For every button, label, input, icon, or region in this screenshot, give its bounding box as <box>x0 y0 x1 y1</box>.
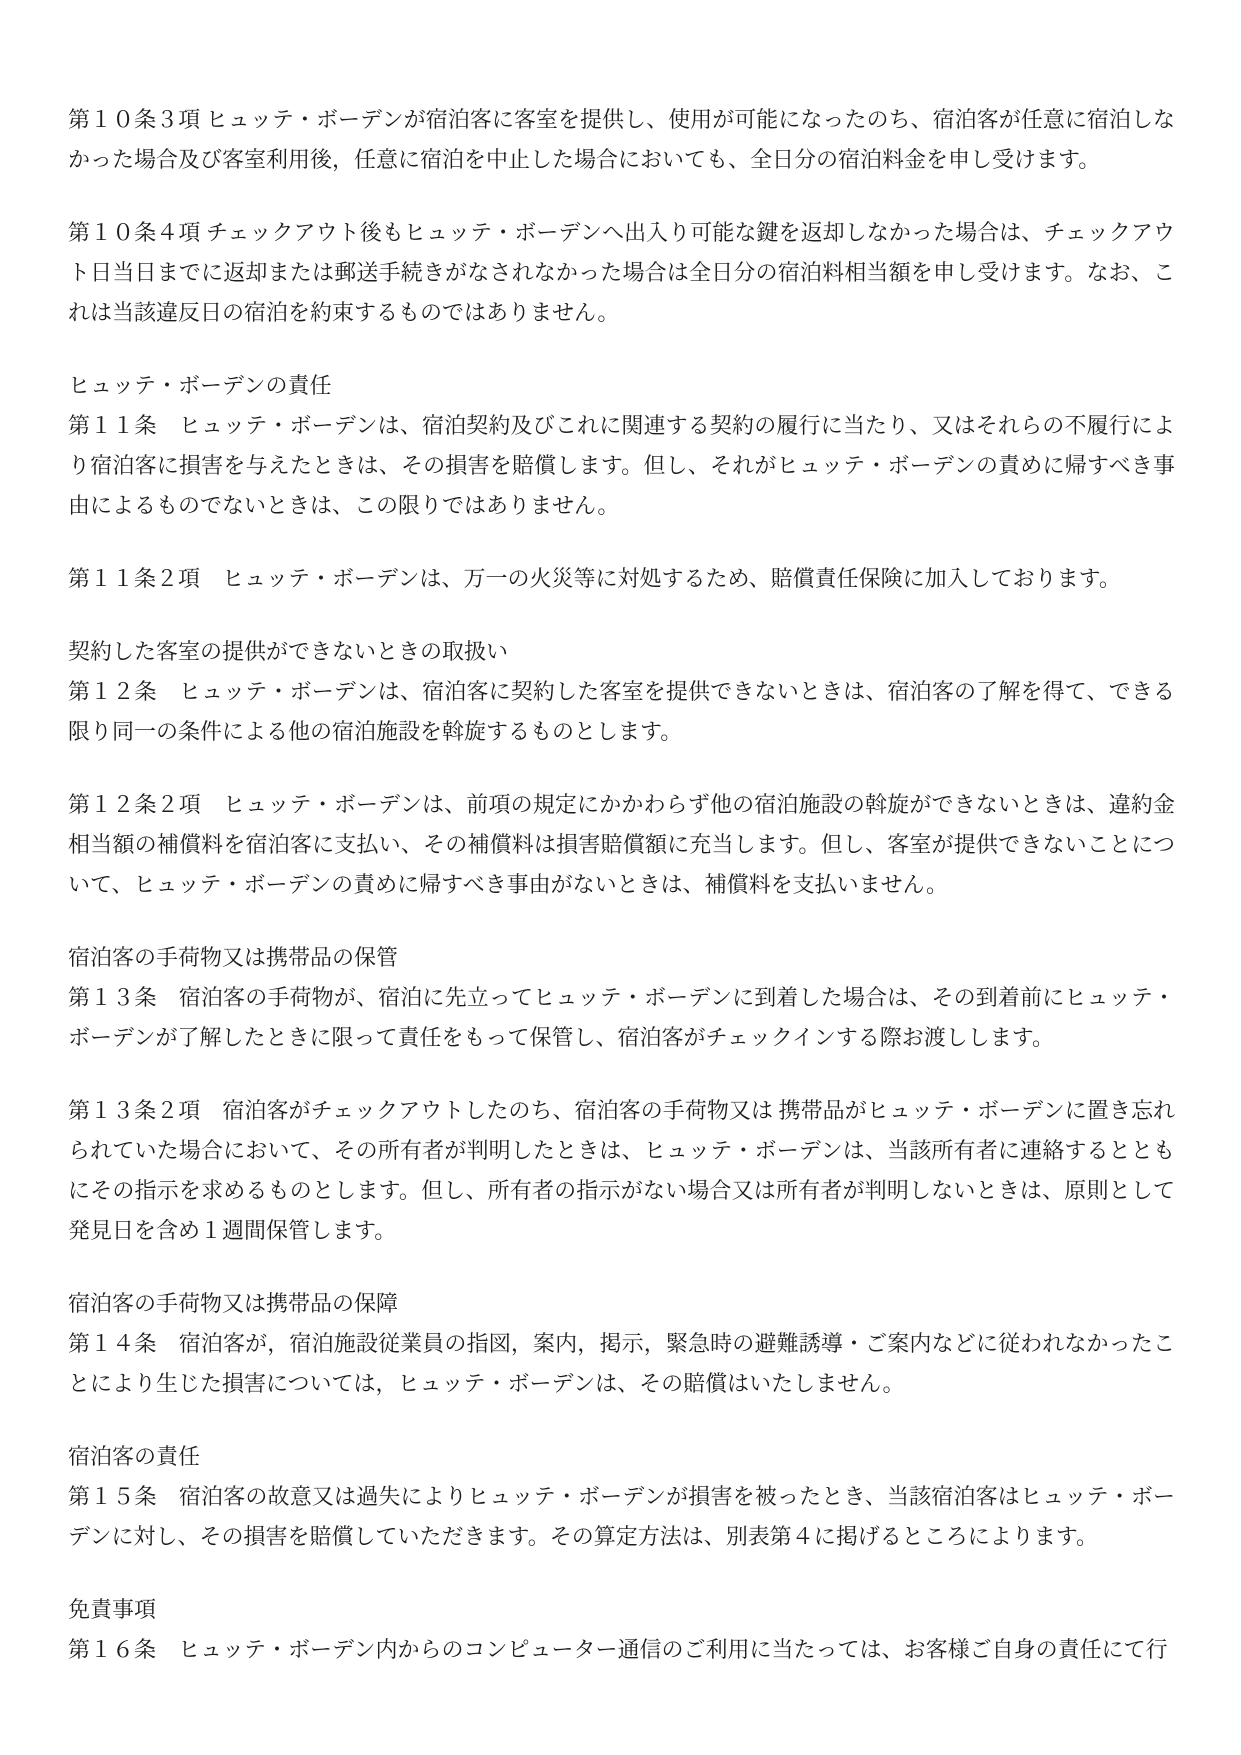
heading-disclaimer: 免責事項 <box>68 1590 1175 1630</box>
document-page: 第１０条３項 ヒュッテ・ボーデンが宿泊客に客室を提供し、使用が可能になったのち、… <box>0 0 1241 1755</box>
heading-guest-responsibility: 宿泊客の責任 <box>68 1437 1175 1477</box>
article-14: 第１４条 宿泊客が，宿泊施設従業員の指図，案内，掲示，緊急時の避難誘導・ご案内な… <box>68 1324 1175 1404</box>
article-11: 第１１条 ヒュッテ・ボーデンは、宿泊契約及びこれに関連する契約の履行に当たり、又… <box>68 406 1175 526</box>
heading-baggage-storage: 宿泊客の手荷物又は携帯品の保管 <box>68 938 1175 978</box>
article-11-2: 第１１条２項 ヒュッテ・ボーデンは、万一の火災等に対処するため、賠償責任保険に加… <box>68 559 1175 599</box>
article-10-3: 第１０条３項 ヒュッテ・ボーデンが宿泊客に客室を提供し、使用が可能になったのち、… <box>68 100 1175 180</box>
article-16: 第１６条 ヒュッテ・ボーデン内からのコンピューター通信のご利用に当たっては、お客… <box>68 1630 1175 1670</box>
article-12-2: 第１２条２項 ヒュッテ・ボーデンは、前項の規定にかかわらず他の宿泊施設の斡旋がで… <box>68 785 1175 905</box>
article-12: 第１２条 ヒュッテ・ボーデンは、宿泊客に契約した客室を提供できないときは、宿泊客… <box>68 672 1175 752</box>
article-15: 第１５条 宿泊客の故意又は過失によりヒュッテ・ボーデンが損害を被ったとき、当該宿… <box>68 1477 1175 1557</box>
terms-document-body: 第１０条３項 ヒュッテ・ボーデンが宿泊客に客室を提供し、使用が可能になったのち、… <box>0 0 1241 1670</box>
article-10-4: 第１０条４項 チェックアウト後もヒュッテ・ボーデンへ出入り可能な鍵を返却しなかっ… <box>68 213 1175 333</box>
heading-room-unavailable-handling: 契約した客室の提供ができないときの取扱い <box>68 632 1175 672</box>
article-13: 第１３条 宿泊客の手荷物が、宿泊に先立ってヒュッテ・ボーデンに到着した場合は、そ… <box>68 978 1175 1058</box>
heading-hutte-boden-responsibility: ヒュッテ・ボーデンの責任 <box>68 366 1175 406</box>
heading-baggage-liability: 宿泊客の手荷物又は携帯品の保障 <box>68 1284 1175 1324</box>
article-13-2: 第１３条２項 宿泊客がチェックアウトしたのち、宿泊客の手荷物又は 携帯品がヒュッ… <box>68 1091 1175 1251</box>
